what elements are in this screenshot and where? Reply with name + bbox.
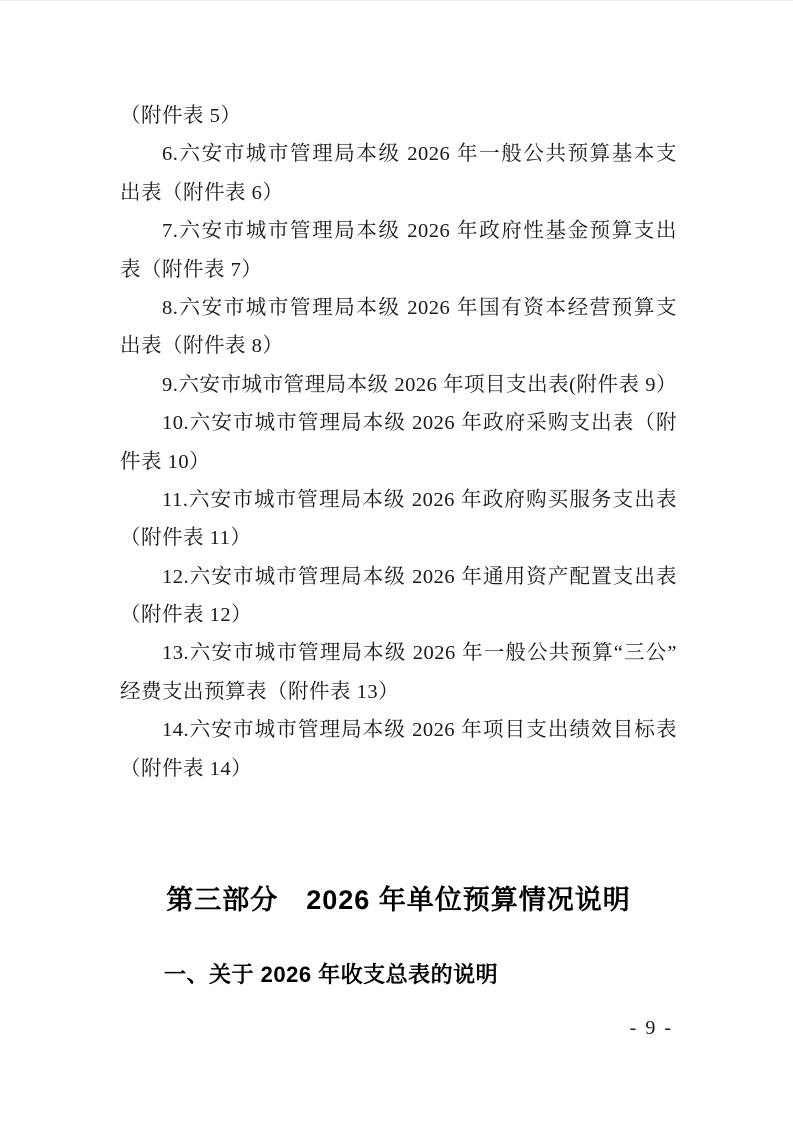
body-line: 10.六安市城市管理局本级 2026 年政府采购支出表（附: [120, 404, 677, 442]
body-line: 12.六安市城市管理局本级 2026 年通用资产配置支出表: [120, 558, 677, 596]
body-line: 经费支出预算表（附件表 13）: [120, 673, 677, 711]
subsection-heading: 一、关于 2026 年收支总表的说明: [120, 958, 677, 992]
body-line: 表（附件表 7）: [120, 251, 677, 289]
body-line: 8.六安市城市管理局本级 2026 年国有资本经营预算支: [120, 289, 677, 327]
body-line: 11.六安市城市管理局本级 2026 年政府购买服务支出表: [120, 481, 677, 519]
document-page: （附件表 5） 6.六安市城市管理局本级 2026 年一般公共预算基本支 出表（…: [0, 0, 793, 1122]
body-line: （附件表 14）: [120, 750, 677, 788]
body-line: 6.六安市城市管理局本级 2026 年一般公共预算基本支: [120, 135, 677, 173]
section-heading: 第三部分 2026 年单位预算情况说明: [120, 880, 677, 920]
body-line: （附件表 11）: [120, 519, 677, 557]
body-line: 出表（附件表 8）: [120, 327, 677, 365]
body-line: 7.六安市城市管理局本级 2026 年政府性基金预算支出: [120, 212, 677, 250]
body-line: 件表 10）: [120, 443, 677, 481]
body-line: 13.六安市城市管理局本级 2026 年一般公共预算“三公”: [120, 634, 677, 672]
body-line: 出表（附件表 6）: [120, 174, 677, 212]
page-body: （附件表 5） 6.六安市城市管理局本级 2026 年一般公共预算基本支 出表（…: [120, 97, 677, 992]
body-line: （附件表 5）: [120, 97, 677, 135]
page-number: - 9 -: [630, 1015, 673, 1041]
body-line: 14.六安市城市管理局本级 2026 年项目支出绩效目标表: [120, 711, 677, 749]
body-line: 9.六安市城市管理局本级 2026 年项目支出表(附件表 9）: [120, 366, 677, 404]
body-line: （附件表 12）: [120, 596, 677, 634]
